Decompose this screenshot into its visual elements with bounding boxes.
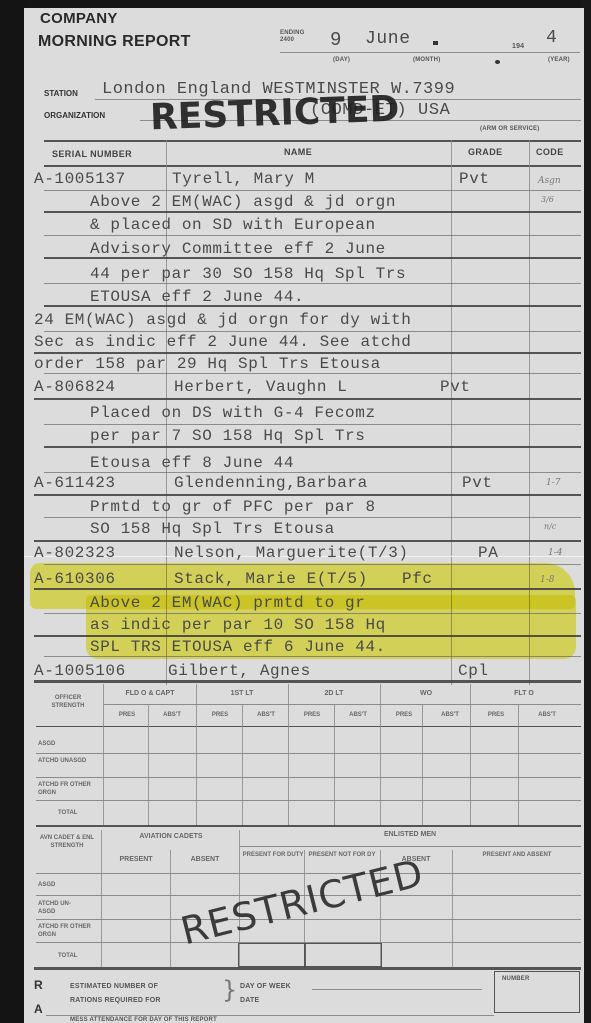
- row-rule: [34, 352, 581, 354]
- row-rule: [34, 398, 581, 400]
- station-label: STATION: [44, 89, 78, 98]
- entry-text: 24 EM(WAC) asgd & jd orgn for dy with: [34, 311, 411, 329]
- column-header-grade: GRADE: [468, 147, 503, 157]
- cadet-row-asgd: ASGD: [38, 882, 55, 888]
- officer-subcol-pres: PRES: [474, 712, 518, 718]
- enlisted-subcol-present-for-duty: PRESENT FOR DUTY: [242, 851, 304, 859]
- entry-serial: A-1005137: [34, 170, 126, 188]
- officer-subcol-pres: PRES: [198, 712, 242, 718]
- column-header-name: NAME: [284, 147, 312, 157]
- entry-name: Herbert, Vaughn L: [174, 378, 347, 396]
- entry-name: Nelson, Marguerite(T/3): [174, 544, 409, 562]
- officer-subcol-abst: ABS'T: [428, 712, 472, 718]
- officer-subcol-abst: ABS'T: [244, 712, 288, 718]
- sub-day-label: (DAY): [333, 57, 350, 63]
- entry-remark: Prmtd to gr of PFC per par 8: [90, 498, 376, 516]
- entry-grade: Pvt: [459, 170, 490, 188]
- entry-code: n/c: [544, 522, 556, 531]
- row-rule: [44, 472, 581, 473]
- entry-remark-highlighted: Above 2 EM(WAC) prmtd to gr: [90, 594, 365, 612]
- officer-group-flt-o: FLT O: [474, 690, 574, 697]
- row-rule: [44, 373, 581, 374]
- cadet-row-atchd-fr-other: ATCHD FR OTHER ORGN: [38, 923, 98, 939]
- grid-rule: [36, 777, 581, 778]
- entry-code-highlighted: 1-8: [540, 575, 555, 585]
- entry-remark: 44 per par 30 SO 158 Hq Spl Trs: [90, 265, 406, 283]
- row-rule: [34, 588, 581, 590]
- entry-serial: A-611423: [34, 474, 116, 492]
- grid-vrule: [452, 850, 453, 967]
- grid-vrule: [242, 705, 243, 825]
- column-header-serial: SERIAL NUMBER: [52, 149, 132, 159]
- entry-serial: A-1005106: [34, 662, 126, 680]
- entry-remark-highlighted: SPL TRS ETOUSA eff 6 June 44.: [90, 638, 386, 656]
- entry-remark: SO 158 Hq Spl Trs Etousa: [90, 520, 335, 538]
- row-rule: [44, 305, 581, 307]
- grid-vrule: [334, 705, 335, 825]
- entry-text: Sec as indic eff 2 June 44. See atchd: [34, 333, 411, 351]
- grid-rule: [240, 846, 581, 847]
- organization-label: ORGANIZATION: [44, 111, 105, 120]
- column-header-code: CODE: [536, 147, 564, 157]
- rations-label-line1: ESTIMATED NUMBER OF: [70, 983, 158, 990]
- grid-vrule: [196, 684, 197, 825]
- officer-subcol-abst: ABS'T: [522, 712, 572, 718]
- officer-subcol-pres: PRES: [106, 712, 148, 718]
- officer-strength-title: OFFICER STRENGTH: [40, 694, 96, 710]
- row-rule: [44, 331, 581, 332]
- form-title-morning-report: MORNING REPORT: [38, 33, 191, 51]
- officer-group-2d-lt: 2D LT: [290, 690, 378, 697]
- row-rule: [34, 680, 581, 683]
- grid-rule: [36, 825, 581, 827]
- grid-vrule: [148, 705, 149, 825]
- officer-subcol-abst: ABS'T: [150, 712, 194, 718]
- column-header-top-rule: [44, 140, 581, 142]
- entry-remark: Placed on DS with G-4 Fecomz: [90, 404, 376, 422]
- entry-grade: Pvt: [462, 474, 493, 492]
- grid-rule: [34, 967, 581, 970]
- row-rule: [44, 283, 581, 284]
- row-rule: [44, 564, 581, 565]
- officer-group-1st-lt: 1ST LT: [198, 690, 286, 697]
- mess-attendance-label: MESS ATTENDANCE FOR DAY OF THIS REPORT: [70, 1017, 217, 1023]
- entry-grade: PA: [478, 544, 498, 562]
- row-rule: [44, 613, 581, 614]
- year-dot-mark: [495, 60, 500, 64]
- grid-vrule: [103, 684, 104, 825]
- year-digit: 4: [546, 28, 557, 48]
- film-border-left: [0, 0, 26, 1023]
- cadet-row-total: TOTAL: [58, 953, 77, 959]
- entry-remark: Above 2 EM(WAC) asgd & jd orgn: [90, 193, 396, 211]
- enlisted-subcol-present-and-absent: PRESENT AND ABSENT: [456, 851, 578, 859]
- officer-row-total: TOTAL: [58, 810, 77, 816]
- entry-remark: ETOUSA eff 2 June 44.: [90, 288, 304, 306]
- entry-name: Gilbert, Agnes: [168, 662, 311, 680]
- officer-row-atchd-unasgd: ATCHD UNASGD: [38, 757, 92, 765]
- ending-label: ENDING 2400: [280, 30, 304, 44]
- cadet-strength-title: AVN CADET & ENL STRENGTH: [36, 834, 98, 850]
- rations-label-line2: RATIONS REQUIRED FOR: [70, 997, 161, 1004]
- arm-service-label: (ARM OR SERVICE): [480, 126, 539, 132]
- sub-month-label: (MONTH): [413, 57, 440, 63]
- officer-group-fld-capt: FLD O & CAPT: [106, 690, 194, 697]
- entry-grade: Cpl: [458, 662, 489, 680]
- entry-remark: Advisory Committee eff 2 June: [90, 240, 386, 258]
- row-rule: [44, 656, 581, 657]
- entry-code: 3/6: [541, 195, 554, 204]
- entry-code: 1-4: [548, 548, 563, 558]
- brace-icon: }: [222, 978, 237, 1002]
- enlisted-subcol-present-not-for-dy: PRESENT NOT FOR DY: [306, 851, 378, 859]
- row-rule: [44, 190, 581, 191]
- column-header-bottom-rule: [44, 165, 581, 167]
- side-letter-a: A: [34, 1002, 43, 1016]
- cadet-subcol-absent: ABSENT: [172, 856, 238, 863]
- row-rule: [34, 494, 581, 496]
- entry-name: Tyrell, Mary M: [172, 170, 315, 188]
- date-dot-mark: [433, 41, 438, 45]
- grid-vrule: [304, 943, 306, 967]
- officer-row-atchd-fr-other: ATCHD FR OTHER ORGN: [38, 781, 98, 797]
- entry-name: Glendenning,Barbara: [174, 474, 368, 492]
- row-rule: [44, 424, 581, 425]
- enlisted-men-header: ENLISTED MEN: [240, 831, 580, 838]
- row-rule: [44, 211, 581, 213]
- date-month: June: [365, 29, 411, 49]
- entry-remark: Etousa eff 8 June 44: [90, 454, 294, 472]
- grid-vrule: [380, 684, 381, 825]
- entry-serial-highlighted: A-610306: [34, 570, 116, 588]
- entry-name-highlighted: Stack, Marie E(T/5): [174, 570, 368, 588]
- entry-text: order 158 par 29 Hq Spl Trs Etousa: [34, 355, 381, 373]
- cadet-row-atchd-unasgd: ATCHD UN-ASGD: [38, 900, 88, 916]
- officer-group-wo: WO: [382, 690, 470, 697]
- officer-subcol-abst: ABS'T: [336, 712, 380, 718]
- entry-serial: A-806824: [34, 378, 116, 396]
- row-rule: [34, 635, 581, 637]
- number-label: NUMBER: [502, 976, 530, 982]
- row-rule: [44, 235, 581, 236]
- row-rule: [44, 517, 581, 518]
- cadet-subcol-present: PRESENT: [104, 856, 168, 863]
- officer-subcol-pres: PRES: [382, 712, 426, 718]
- rations-bottom-rule: [46, 1015, 494, 1016]
- officer-subcol-pres: PRES: [290, 712, 334, 718]
- entry-remark-highlighted: as indic per par 10 SO 158 Hq: [90, 616, 386, 634]
- entry-remark: per par 7 SO 158 Hq Spl Trs: [90, 427, 365, 445]
- entry-code: 1-7: [546, 478, 561, 488]
- row-rule: [44, 257, 581, 259]
- grid-rule: [36, 753, 581, 754]
- row-rule: [34, 540, 581, 542]
- entry-grade: Pvt: [440, 378, 471, 396]
- sub-year-label: (YEAR): [548, 57, 570, 63]
- grid-vrule: [170, 850, 171, 967]
- day-of-week-field[interactable]: [312, 989, 482, 990]
- grid-vrule: [288, 684, 289, 825]
- grid-vrule: [470, 684, 471, 825]
- officer-row-asgd: ASGD: [38, 741, 55, 747]
- row-rule: [44, 446, 581, 448]
- grid-vrule: [422, 705, 423, 825]
- date-label: DATE: [240, 997, 259, 1004]
- grid-rule: [104, 704, 581, 705]
- year-prefix: 194: [512, 43, 524, 50]
- form-title-company: COMPANY: [40, 10, 118, 27]
- aviation-cadets-header: AVIATION CADETS: [104, 833, 238, 840]
- date-underline: [280, 52, 580, 53]
- entry-remark: & placed on SD with European: [90, 216, 376, 234]
- restricted-stamp-top: RESTRICTED: [149, 89, 400, 139]
- date-day: 9: [330, 29, 342, 51]
- total-enlisted-box: [238, 943, 382, 967]
- day-of-week-label: DAY OF WEEK: [240, 983, 291, 990]
- grid-rule: [36, 873, 581, 874]
- entry-serial: A-802323: [34, 544, 116, 562]
- side-letter-r: R: [34, 978, 43, 992]
- grid-vrule: [101, 830, 102, 967]
- grid-rule: [36, 726, 581, 727]
- entry-grade-highlighted: Pfc: [402, 570, 433, 588]
- grid-vrule: [518, 705, 519, 825]
- grid-rule: [36, 800, 581, 801]
- entry-code: Asgn: [538, 176, 561, 186]
